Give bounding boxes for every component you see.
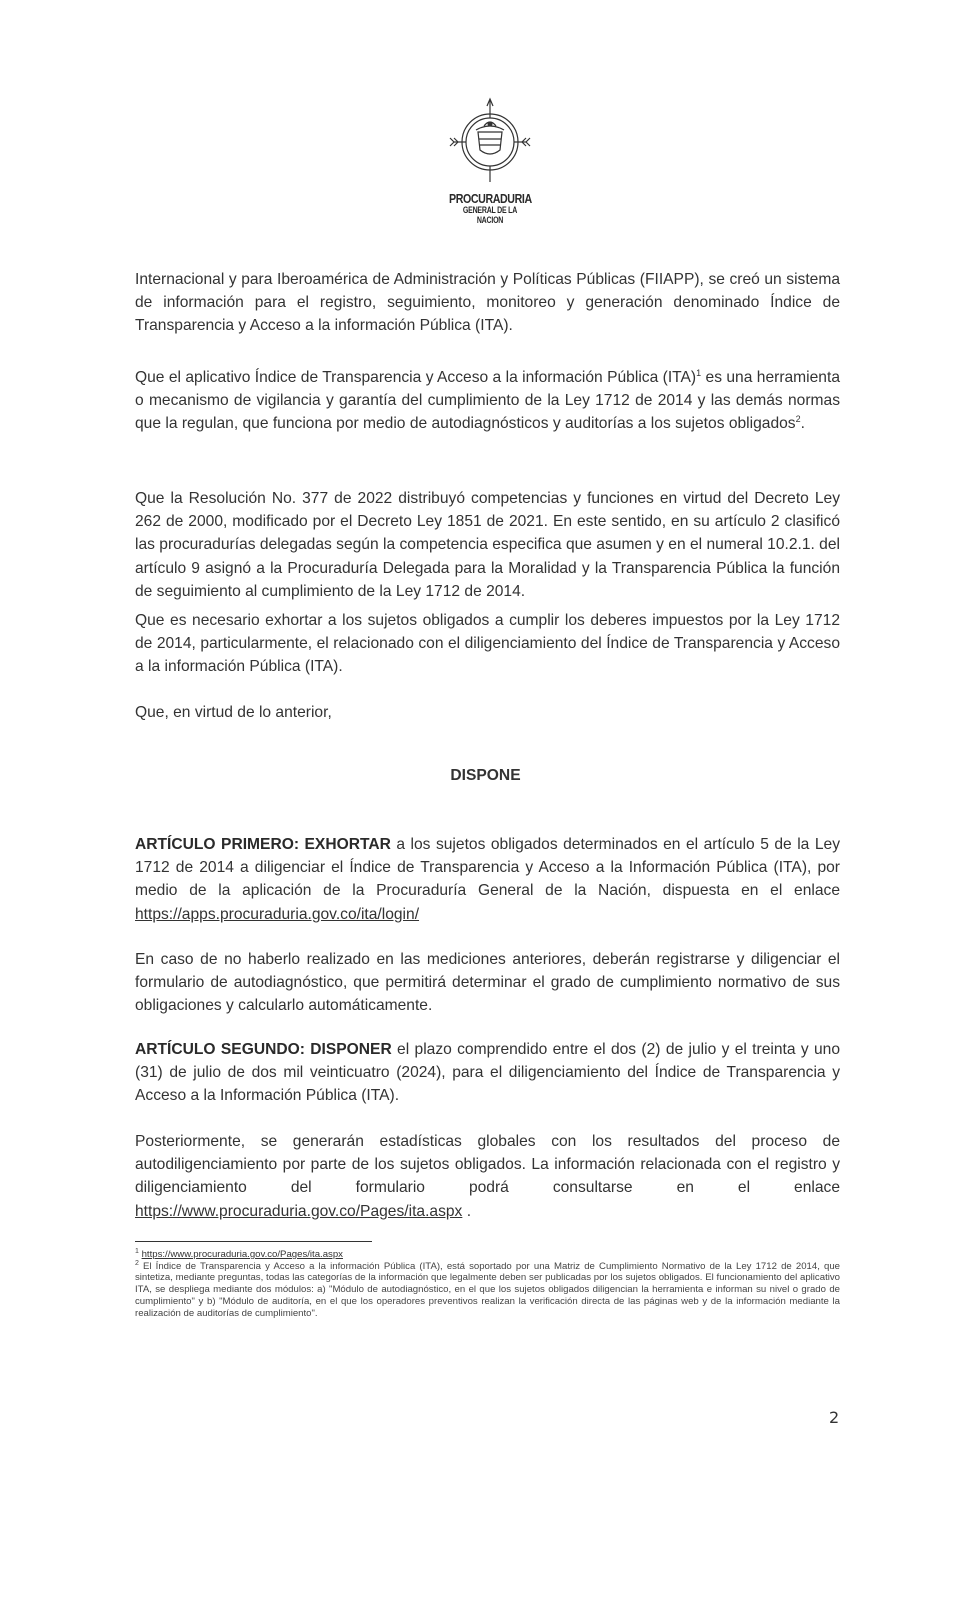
org-name: PROCURADURIA (449, 192, 531, 205)
section-heading-dispone: DISPONE (0, 767, 971, 785)
coat-of-arms-compass-icon (440, 96, 540, 186)
article-title: ARTÍCULO PRIMERO: EXHORTAR (135, 836, 391, 853)
footnote-1: 1 https://www.procuraduria.gov.co/Pages/… (135, 1249, 840, 1261)
paragraph-text: ARTÍCULO SEGUNDO: DISPONER el plazo comp… (135, 1038, 840, 1108)
header-logo: PROCURADURIA GENERAL DE LA NACION (440, 96, 540, 225)
paragraph-registro: En caso de no haberlo realizado en las m… (135, 948, 840, 1018)
paragraph-text: ARTÍCULO PRIMERO: EXHORTAR a los sujetos… (135, 833, 840, 926)
paragraph-text: Que, en virtud de lo anterior, (135, 701, 840, 724)
footnote-2: 2 El Índice de Transparencia y Acceso a … (135, 1261, 840, 1320)
paragraph-text: Que el aplicativo Índice de Transparenci… (135, 366, 840, 436)
article-title: ARTÍCULO SEGUNDO: DISPONER (135, 1041, 392, 1058)
footnotes: 1 https://www.procuraduria.gov.co/Pages/… (135, 1249, 840, 1319)
org-subtitle: GENERAL DE LA NACION (451, 205, 529, 225)
article-segundo: ARTÍCULO SEGUNDO: DISPONER el plazo comp… (135, 1038, 840, 1108)
paragraph-text: Que la Resolución No. 377 de 2022 distri… (135, 487, 840, 603)
paragraph-virtud: Que, en virtud de lo anterior, (135, 701, 840, 724)
ita-pages-link[interactable]: https://www.procuraduria.gov.co/Pages/it… (135, 1203, 462, 1220)
paragraph-text: Posteriormente, se generarán estadística… (135, 1130, 840, 1223)
paragraph-text: Internacional y para Iberoamérica de Adm… (135, 268, 840, 338)
paragraph-exhortar: Que es necesario exhortar a los sujetos … (135, 609, 840, 679)
paragraph-ita-tool: Que el aplicativo Índice de Transparenci… (135, 366, 840, 436)
paragraph-text: Que es necesario exhortar a los sujetos … (135, 609, 840, 679)
paragraph-fiiapp: Internacional y para Iberoamérica de Adm… (135, 268, 840, 338)
footnote-separator (135, 1241, 372, 1242)
footnote-1-link[interactable]: https://www.procuraduria.gov.co/Pages/it… (142, 1249, 343, 1260)
document-page: PROCURADURIA GENERAL DE LA NACION Intern… (0, 0, 971, 1600)
paragraph-estadisticas: Posteriormente, se generarán estadística… (135, 1130, 840, 1223)
paragraph-resolucion: Que la Resolución No. 377 de 2022 distri… (135, 487, 840, 603)
article-primero: ARTÍCULO PRIMERO: EXHORTAR a los sujetos… (135, 833, 840, 926)
paragraph-text: En caso de no haberlo realizado en las m… (135, 948, 840, 1018)
ita-login-link[interactable]: https://apps.procuraduria.gov.co/ita/log… (135, 906, 419, 923)
page-number: 2 (829, 1408, 839, 1427)
